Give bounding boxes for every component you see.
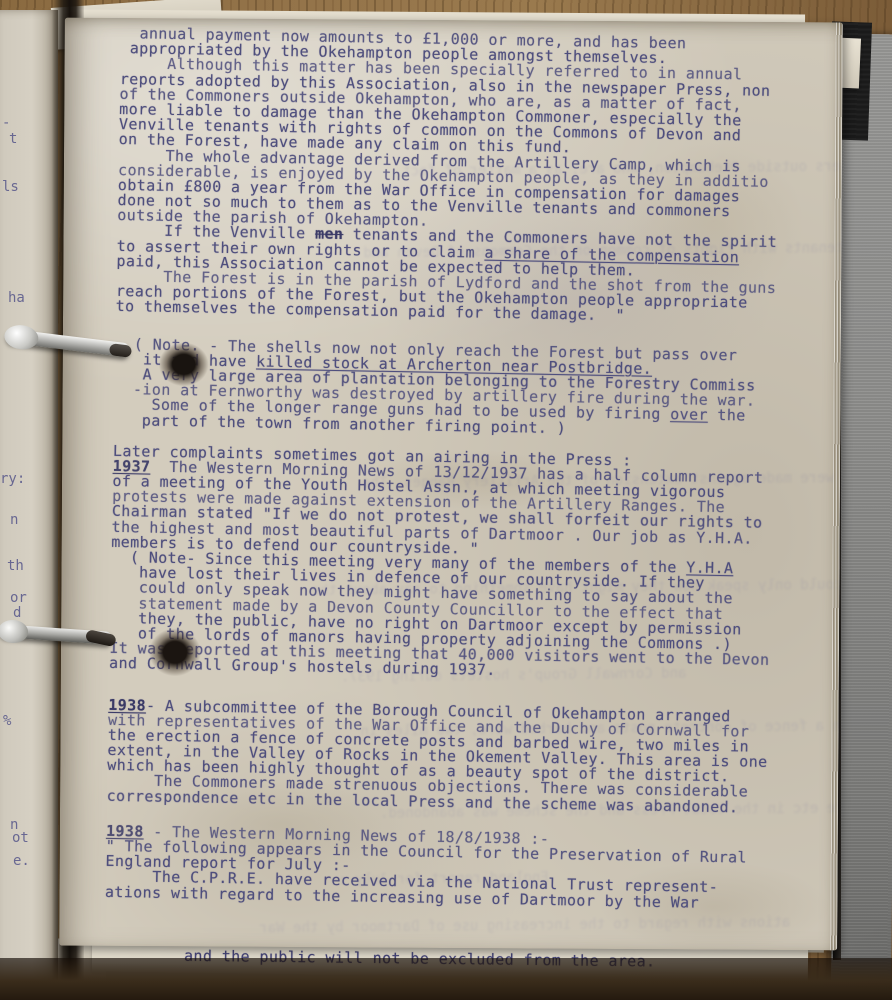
left-page-fragment: ls: [2, 180, 19, 194]
left-page-fragment: e.: [13, 854, 30, 868]
left-page-fragment: %: [3, 714, 11, 728]
left-page-fragment: or: [10, 591, 27, 605]
left-page-fragment: d: [13, 606, 21, 620]
left-page-fragment: th: [7, 559, 24, 573]
left-page-edge: -tlshary:nthord%note.: [0, 10, 58, 988]
punch-hole-bottom: [149, 628, 201, 676]
document-page: of the Commoners outside Okehampton, who…: [59, 18, 843, 951]
left-page-fragment: ha: [8, 291, 25, 305]
photo-scene: and the public will not be excluded from…: [0, 0, 892, 1000]
typed-text-block: annual payment now amounts to £1,000 or …: [105, 26, 843, 913]
ghost-text-line: ations with regard to the increasing use…: [259, 915, 790, 935]
left-page-fragment: n: [10, 513, 18, 527]
left-page-fragment: t: [9, 132, 17, 146]
wooden-table-bottom: [0, 958, 892, 1000]
left-page-fragment: ot: [12, 831, 29, 845]
punch-hole-top: [159, 342, 209, 386]
left-page-fragment: -: [2, 116, 10, 130]
left-page-fragment: ry:: [0, 472, 25, 486]
